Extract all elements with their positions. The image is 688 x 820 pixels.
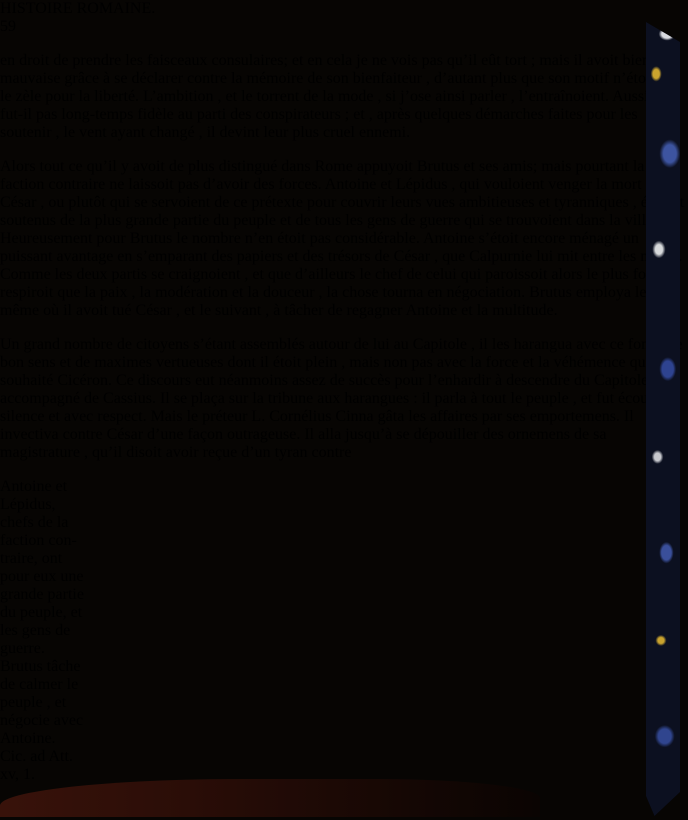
running-title: HISTOIRE ROMAINE. (0, 0, 688, 18)
book-fore-edge-pages (486, 28, 660, 812)
book-cover-bottom-edge (0, 779, 540, 817)
book-photograph: HISTOIRE ROMAINE. 59 en droit de prendre… (0, 0, 688, 820)
